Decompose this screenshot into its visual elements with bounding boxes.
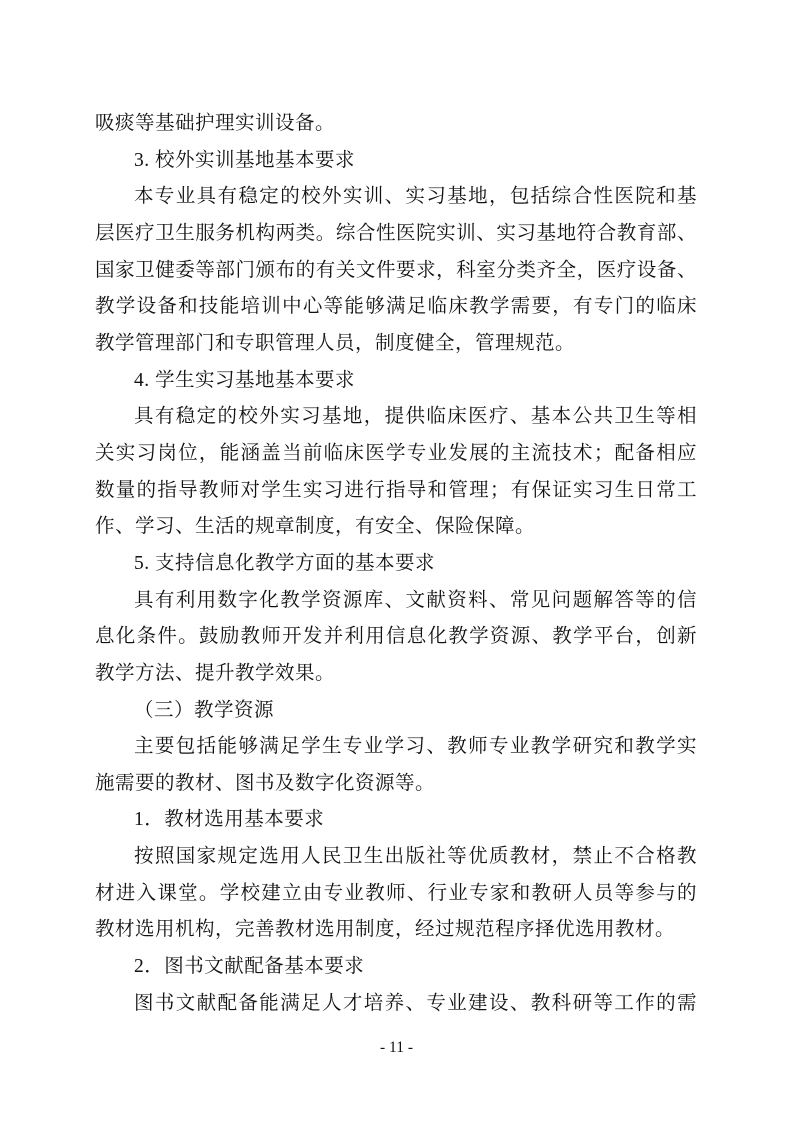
paragraph-line: 教学设备和技能培训中心等能够满足临床教学需要，有专门的临床 xyxy=(95,289,697,326)
paragraph-line: 教材选用机构，完善教材选用制度，经过规范程序择优选用教材。 xyxy=(95,912,697,949)
section-heading: 4. 学生实习基地基本要求 xyxy=(95,363,697,400)
paragraph-line: 图书文献配备能满足人才培养、专业建设、教科研等工作的需 xyxy=(95,986,697,1023)
section-heading: 1．教材选用基本要求 xyxy=(95,802,697,839)
paragraph-line: 具有利用数字化教学资源库、文献资料、常见问题解答等的信 xyxy=(95,583,697,620)
section-heading: 5. 支持信息化教学方面的基本要求 xyxy=(95,546,697,583)
paragraph-line: 施需要的教材、图书及数字化资源等。 xyxy=(95,766,697,803)
paragraph-line: 国家卫健委等部门颁布的有关文件要求，科室分类齐全，医疗设备、 xyxy=(95,253,697,290)
paragraph-line: 教学管理部门和专职管理人员，制度健全，管理规范。 xyxy=(95,326,697,363)
section-heading: 2．图书文献配备基本要求 xyxy=(95,949,697,986)
paragraph-line: 主要包括能够满足学生专业学习、教师专业教学研究和教学实 xyxy=(95,729,697,766)
paragraph-line: 教学方法、提升教学效果。 xyxy=(95,656,697,693)
paragraph-line: 本专业具有稳定的校外实训、实习基地，包括综合性医院和基 xyxy=(95,179,697,216)
section-heading: （三）教学资源 xyxy=(95,693,697,730)
page-number: - 11 - xyxy=(0,1037,793,1059)
paragraph-line: 数量的指导教师对学生实习进行指导和管理；有保证实习生日常工 xyxy=(95,473,697,510)
paragraph-line: 按照国家规定选用人民卫生出版社等优质教材，禁止不合格教 xyxy=(95,839,697,876)
section-heading: 3. 校外实训基地基本要求 xyxy=(95,143,697,180)
paragraph-line: 材进入课堂。学校建立由专业教师、行业专家和教研人员等参与的 xyxy=(95,876,697,913)
paragraph-line: 层医疗卫生服务机构两类。综合性医院实训、实习基地符合教育部、 xyxy=(95,216,697,253)
paragraph-line: 吸痰等基础护理实训设备。 xyxy=(95,106,697,143)
document-body: 吸痰等基础护理实训设备。3. 校外实训基地基本要求本专业具有稳定的校外实训、实习… xyxy=(95,106,697,1022)
paragraph-line: 具有稳定的校外实习基地，提供临床医疗、基本公共卫生等相 xyxy=(95,399,697,436)
paragraph-line: 关实习岗位，能涵盖当前临床医学专业发展的主流技术；配备相应 xyxy=(95,436,697,473)
document-page: 吸痰等基础护理实训设备。3. 校外实训基地基本要求本专业具有稳定的校外实训、实习… xyxy=(0,0,793,1122)
paragraph-line: 息化条件。鼓励教师开发并利用信息化教学资源、教学平台，创新 xyxy=(95,619,697,656)
paragraph-line: 作、学习、生活的规章制度，有安全、保险保障。 xyxy=(95,509,697,546)
